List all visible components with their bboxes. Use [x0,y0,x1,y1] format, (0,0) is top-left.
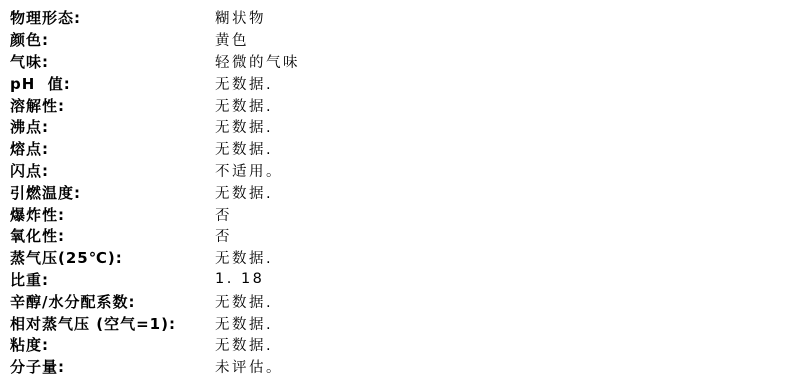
property-value: 无数据. [215,182,273,203]
property-value: 不适用。 [215,160,283,181]
property-row-ph: pH 值: 无数据. [10,72,790,94]
property-row-vapor-pressure: 蒸气压(25℃): 无数据. [10,247,790,269]
property-row-explosivity: 爆炸性: 否 [10,203,790,225]
property-value: 轻微的气味 [215,51,300,72]
property-row-relative-vapor-density: 相对蒸气压 (空气=1): 无数据. [10,312,790,334]
property-row-specific-gravity: 比重: 1. 18 [10,269,790,291]
property-value: 否 [215,204,232,225]
property-row-boiling-point: 沸点: 无数据. [10,116,790,138]
property-row-melting-point: 熔点: 无数据. [10,138,790,160]
property-label: 引燃温度: [10,182,215,203]
property-value: 无数据. [215,291,273,312]
property-label: pH 值: [10,73,215,94]
property-label: 溶解性: [10,95,215,116]
property-value: 无数据. [215,334,273,355]
property-row-octanol-water-coefficient: 辛醇/水分配系数: 无数据. [10,290,790,312]
property-label: 氧化性: [10,225,215,246]
property-label: 闪点: [10,160,215,181]
property-value: 无数据. [215,116,273,137]
property-label: 熔点: [10,138,215,159]
property-label: 蒸气压(25℃): [10,247,215,268]
property-value: 未评估。 [215,356,283,377]
property-label: 物理形态: [10,7,215,28]
property-value: 黄色 [215,29,249,50]
property-value: 无数据. [215,313,273,334]
property-label: 粘度: [10,334,215,355]
property-row-oxidizing: 氧化性: 否 [10,225,790,247]
property-value: 1. 18 [215,271,264,287]
property-value: 糊状物 [215,7,266,28]
property-row-odor: 气味: 轻微的气味 [10,51,790,73]
property-row-molecular-weight: 分子量: 未评估。 [10,356,790,378]
property-label: 分子量: [10,356,215,377]
property-row-physical-form: 物理形态: 糊状物 [10,7,790,29]
property-value: 否 [215,225,232,246]
property-row-flash-point: 闪点: 不适用。 [10,160,790,182]
property-row-ignition-temperature: 引燃温度: 无数据. [10,181,790,203]
property-value: 无数据. [215,247,273,268]
property-row-solubility: 溶解性: 无数据. [10,94,790,116]
property-label: 爆炸性: [10,204,215,225]
property-label: 颜色: [10,29,215,50]
property-label: 沸点: [10,116,215,137]
property-label: 辛醇/水分配系数: [10,291,215,312]
property-value: 无数据. [215,73,273,94]
property-label: 比重: [10,269,215,290]
property-label: 相对蒸气压 (空气=1): [10,313,215,334]
property-row-color: 颜色: 黄色 [10,29,790,51]
physical-properties-section: 物理形态: 糊状物 颜色: 黄色 气味: 轻微的气味 pH 值: 无数据. 溶解… [0,0,790,380]
property-value: 无数据. [215,95,273,116]
property-value: 无数据. [215,138,273,159]
property-row-viscosity: 粘度: 无数据. [10,334,790,356]
property-label: 气味: [10,51,215,72]
